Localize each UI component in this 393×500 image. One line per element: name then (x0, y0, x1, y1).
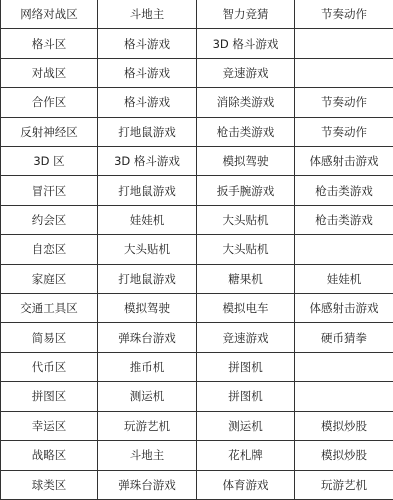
zone-name-cell: 简易区 (1, 323, 98, 352)
table-row: 战略区斗地主花札牌模拟炒股 (1, 441, 393, 470)
game-type-cell: 竞速游戏 (197, 323, 295, 352)
table-body: 网络对战区斗地主智力竞猜节奏动作格斗区格斗游戏3D 格斗游戏对战区格斗游戏竞速游… (1, 0, 393, 500)
game-type-cell: 斗地主 (98, 441, 197, 470)
game-type-cell: 消除类游戏 (197, 88, 295, 117)
game-type-cell: 打地鼠游戏 (98, 176, 197, 205)
game-type-cell: 模拟驾驶 (197, 147, 295, 176)
game-type-cell: 枪击类游戏 (197, 117, 295, 146)
game-type-cell: 打地鼠游戏 (98, 117, 197, 146)
zone-name-cell: 网络对战区 (1, 0, 98, 29)
zone-name-cell: 交通工具区 (1, 294, 98, 323)
zone-name-cell: 球类区 (1, 470, 98, 500)
game-type-cell: 节奏动作 (295, 117, 393, 146)
game-type-cell: 模拟驾驶 (98, 294, 197, 323)
game-type-cell: 娃娃机 (295, 264, 393, 293)
game-type-cell: 格斗游戏 (98, 58, 197, 87)
game-type-cell: 大头贴机 (98, 235, 197, 264)
game-type-cell: 大头贴机 (197, 235, 295, 264)
table-row: 合作区格斗游戏消除类游戏节奏动作 (1, 88, 393, 117)
game-type-cell: 糖果机 (197, 264, 295, 293)
game-type-cell: 测运机 (197, 411, 295, 440)
zone-name-cell: 约会区 (1, 205, 98, 234)
game-type-cell: 枪击类游戏 (295, 176, 393, 205)
game-type-cell: 3D 格斗游戏 (98, 147, 197, 176)
game-type-cell (295, 29, 393, 58)
game-type-cell: 拼图机 (197, 352, 295, 381)
zone-name-cell: 拼图区 (1, 382, 98, 411)
table-row: 对战区格斗游戏竞速游戏 (1, 58, 393, 87)
zone-name-cell: 代币区 (1, 352, 98, 381)
game-type-cell (295, 352, 393, 381)
game-type-cell (295, 235, 393, 264)
game-type-cell: 体感射击游戏 (295, 147, 393, 176)
game-type-cell: 测运机 (98, 382, 197, 411)
game-type-cell: 大头贴机 (197, 205, 295, 234)
table-row: 格斗区格斗游戏3D 格斗游戏 (1, 29, 393, 58)
table-row: 3D 区3D 格斗游戏模拟驾驶体感射击游戏 (1, 147, 393, 176)
zone-name-cell: 自恋区 (1, 235, 98, 264)
game-type-cell: 竞速游戏 (197, 58, 295, 87)
table-row: 冒汗区打地鼠游戏扳手腕游戏枪击类游戏 (1, 176, 393, 205)
zone-name-cell: 家庭区 (1, 264, 98, 293)
table-row: 自恋区大头贴机大头贴机 (1, 235, 393, 264)
game-type-cell: 斗地主 (98, 0, 197, 29)
game-type-cell: 枪击类游戏 (295, 205, 393, 234)
zone-name-cell: 3D 区 (1, 147, 98, 176)
zone-name-cell: 合作区 (1, 88, 98, 117)
game-type-cell: 节奏动作 (295, 88, 393, 117)
game-type-cell: 智力竞猜 (197, 0, 295, 29)
zone-game-table: 网络对战区斗地主智力竞猜节奏动作格斗区格斗游戏3D 格斗游戏对战区格斗游戏竞速游… (0, 0, 393, 500)
zone-name-cell: 格斗区 (1, 29, 98, 58)
game-type-cell: 花札牌 (197, 441, 295, 470)
game-type-cell: 格斗游戏 (98, 88, 197, 117)
table-row: 网络对战区斗地主智力竞猜节奏动作 (1, 0, 393, 29)
game-type-cell: 模拟炒股 (295, 441, 393, 470)
game-type-cell: 体感射击游戏 (295, 294, 393, 323)
game-type-cell: 推币机 (98, 352, 197, 381)
game-type-cell: 扳手腕游戏 (197, 176, 295, 205)
table-row: 幸运区玩游艺机测运机模拟炒股 (1, 411, 393, 440)
table-row: 代币区推币机拼图机 (1, 352, 393, 381)
game-type-cell: 3D 格斗游戏 (197, 29, 295, 58)
zone-name-cell: 反射神经区 (1, 117, 98, 146)
game-type-cell: 娃娃机 (98, 205, 197, 234)
game-type-cell: 玩游艺机 (295, 470, 393, 500)
table-row: 简易区弹珠台游戏竞速游戏硬币猜拳 (1, 323, 393, 352)
game-type-cell: 打地鼠游戏 (98, 264, 197, 293)
game-type-cell: 体育游戏 (197, 470, 295, 500)
zone-name-cell: 战略区 (1, 441, 98, 470)
zone-name-cell: 幸运区 (1, 411, 98, 440)
table-row: 约会区娃娃机大头贴机枪击类游戏 (1, 205, 393, 234)
table-row: 反射神经区打地鼠游戏枪击类游戏节奏动作 (1, 117, 393, 146)
game-type-cell: 玩游艺机 (98, 411, 197, 440)
game-type-cell (295, 382, 393, 411)
game-type-cell: 模拟炒股 (295, 411, 393, 440)
game-type-cell: 格斗游戏 (98, 29, 197, 58)
table-row: 交通工具区模拟驾驶模拟电车体感射击游戏 (1, 294, 393, 323)
game-type-cell (295, 58, 393, 87)
game-type-cell: 节奏动作 (295, 0, 393, 29)
zone-name-cell: 对战区 (1, 58, 98, 87)
table-row: 拼图区测运机拼图机 (1, 382, 393, 411)
game-type-cell: 拼图机 (197, 382, 295, 411)
game-type-cell: 模拟电车 (197, 294, 295, 323)
game-type-cell: 弹珠台游戏 (98, 323, 197, 352)
table-row: 家庭区打地鼠游戏糖果机娃娃机 (1, 264, 393, 293)
table-row: 球类区弹珠台游戏体育游戏玩游艺机 (1, 470, 393, 500)
game-type-cell: 弹珠台游戏 (98, 470, 197, 500)
game-type-cell: 硬币猜拳 (295, 323, 393, 352)
zone-name-cell: 冒汗区 (1, 176, 98, 205)
